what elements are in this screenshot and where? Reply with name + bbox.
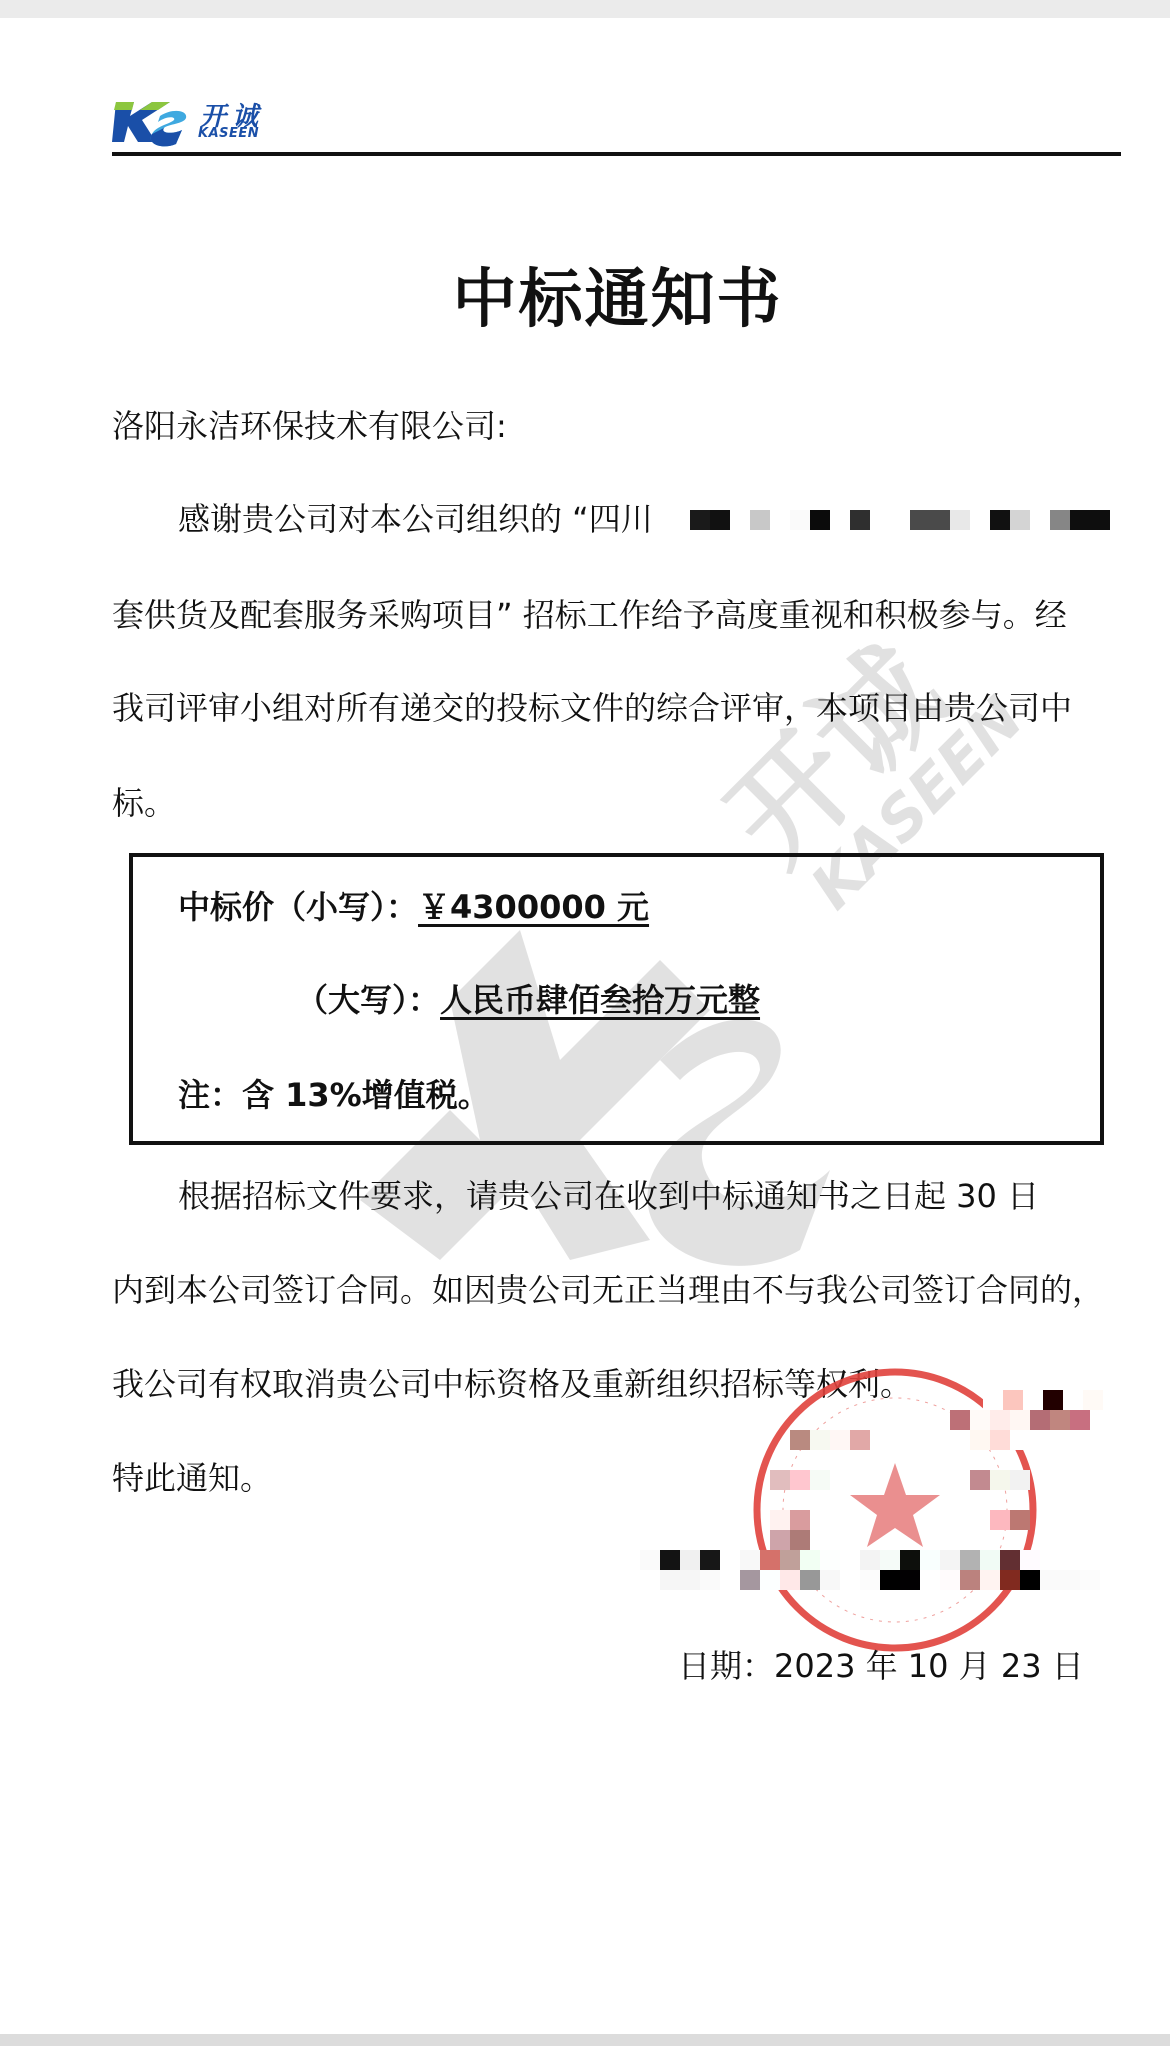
para2-line3: 我公司有权取消贵公司中标资格及重新组织招标等权利。 bbox=[112, 1364, 912, 1404]
bottom-gray-band bbox=[0, 2034, 1170, 2046]
price-large-label: （大写）： bbox=[296, 981, 440, 1019]
top-gray-band bbox=[0, 0, 1170, 18]
closing-line: 特此通知。 bbox=[112, 1458, 272, 1498]
para2-line1: 根据招标文件要求，请贵公司在收到中标通知书之日起 30 日 bbox=[178, 1176, 1039, 1216]
price-small-row: 中标价（小写）：￥4300000 元 bbox=[178, 887, 649, 927]
para1-line4: 标。 bbox=[112, 783, 176, 823]
issue-date: 日期：2023 年 10 月 23 日 bbox=[678, 1646, 1084, 1686]
redacted-seal-right bbox=[970, 1430, 1030, 1450]
para1-line1: 感谢贵公司对本公司组织的 “四川 bbox=[178, 499, 653, 539]
redacted-signatory-row1 bbox=[640, 1550, 1100, 1570]
document-title: 中标通知书 bbox=[0, 248, 1170, 340]
redacted-project-name bbox=[690, 510, 1110, 530]
redacted-seal-top bbox=[983, 1390, 1103, 1410]
redacted-seal-left2 bbox=[770, 1470, 830, 1490]
price-small-value: ￥4300000 元 bbox=[418, 888, 649, 926]
redacted-seal-right3 bbox=[990, 1510, 1030, 1530]
price-large-value: 人民币肆佰叁拾万元整 bbox=[440, 981, 760, 1019]
price-small-label: 中标价（小写）： bbox=[178, 888, 418, 926]
redacted-seal-right2 bbox=[970, 1470, 1030, 1490]
price-note: 注：含 13%增值税。 bbox=[178, 1075, 490, 1115]
redacted-seal-left bbox=[790, 1430, 870, 1450]
para1-line1-text: 感谢贵公司对本公司组织的 “四川 bbox=[178, 500, 653, 538]
para1-line2: 套供货及配套服务采购项目” 招标工作给予高度重视和积极参与。经 bbox=[112, 595, 1067, 635]
para1-line3: 我司评审小组对所有递交的投标文件的综合评审，本项目由贵公司中 bbox=[112, 688, 1072, 728]
redacted-signatory-row2 bbox=[640, 1570, 1100, 1590]
header-divider bbox=[112, 152, 1121, 156]
para2-line2: 内到本公司签订合同。如因贵公司无正当理由不与我公司签订合同的， bbox=[112, 1270, 1104, 1310]
logo-english-text: KASEEN bbox=[198, 126, 259, 141]
price-large-row: （大写）：人民币肆佰叁拾万元整 bbox=[296, 980, 760, 1020]
redacted-seal-left4 bbox=[770, 1530, 810, 1550]
recipient-line: 洛阳永洁环保技术有限公司: bbox=[112, 406, 507, 446]
ks-logo-icon bbox=[112, 94, 190, 150]
kaseen-logo: 开诚 KASEEN bbox=[112, 94, 272, 150]
redacted-seal-left3 bbox=[770, 1510, 810, 1530]
redacted-seal-top2 bbox=[950, 1410, 1090, 1430]
